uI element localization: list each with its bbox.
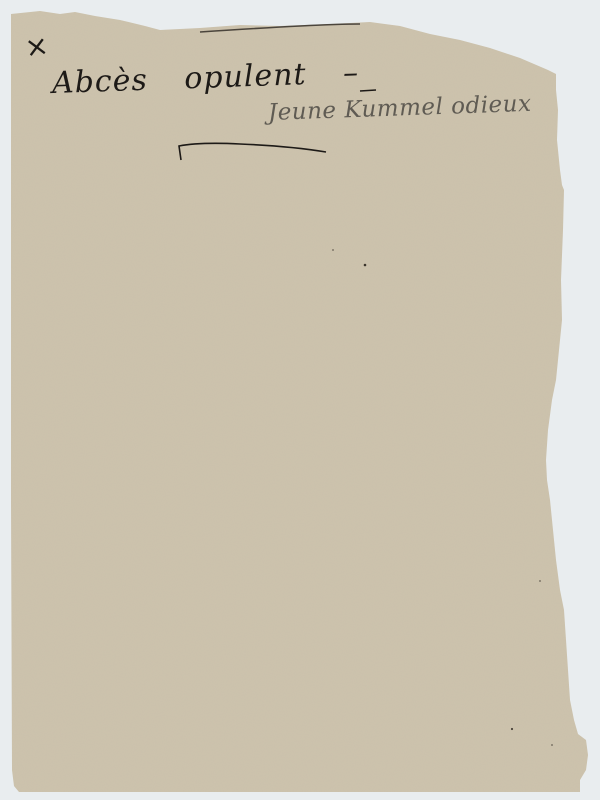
paper-speck — [551, 744, 553, 746]
paper-speck — [511, 728, 513, 730]
paper-body — [11, 11, 588, 792]
cross-mark-icon: × — [23, 29, 51, 65]
dash-mark — [360, 90, 376, 91]
paper-speck — [332, 249, 334, 251]
paper-speck — [364, 264, 367, 267]
paper-speck — [539, 580, 541, 582]
manuscript-scan: × Abcès opulent – Jeune Kummel odieux — [0, 0, 600, 800]
